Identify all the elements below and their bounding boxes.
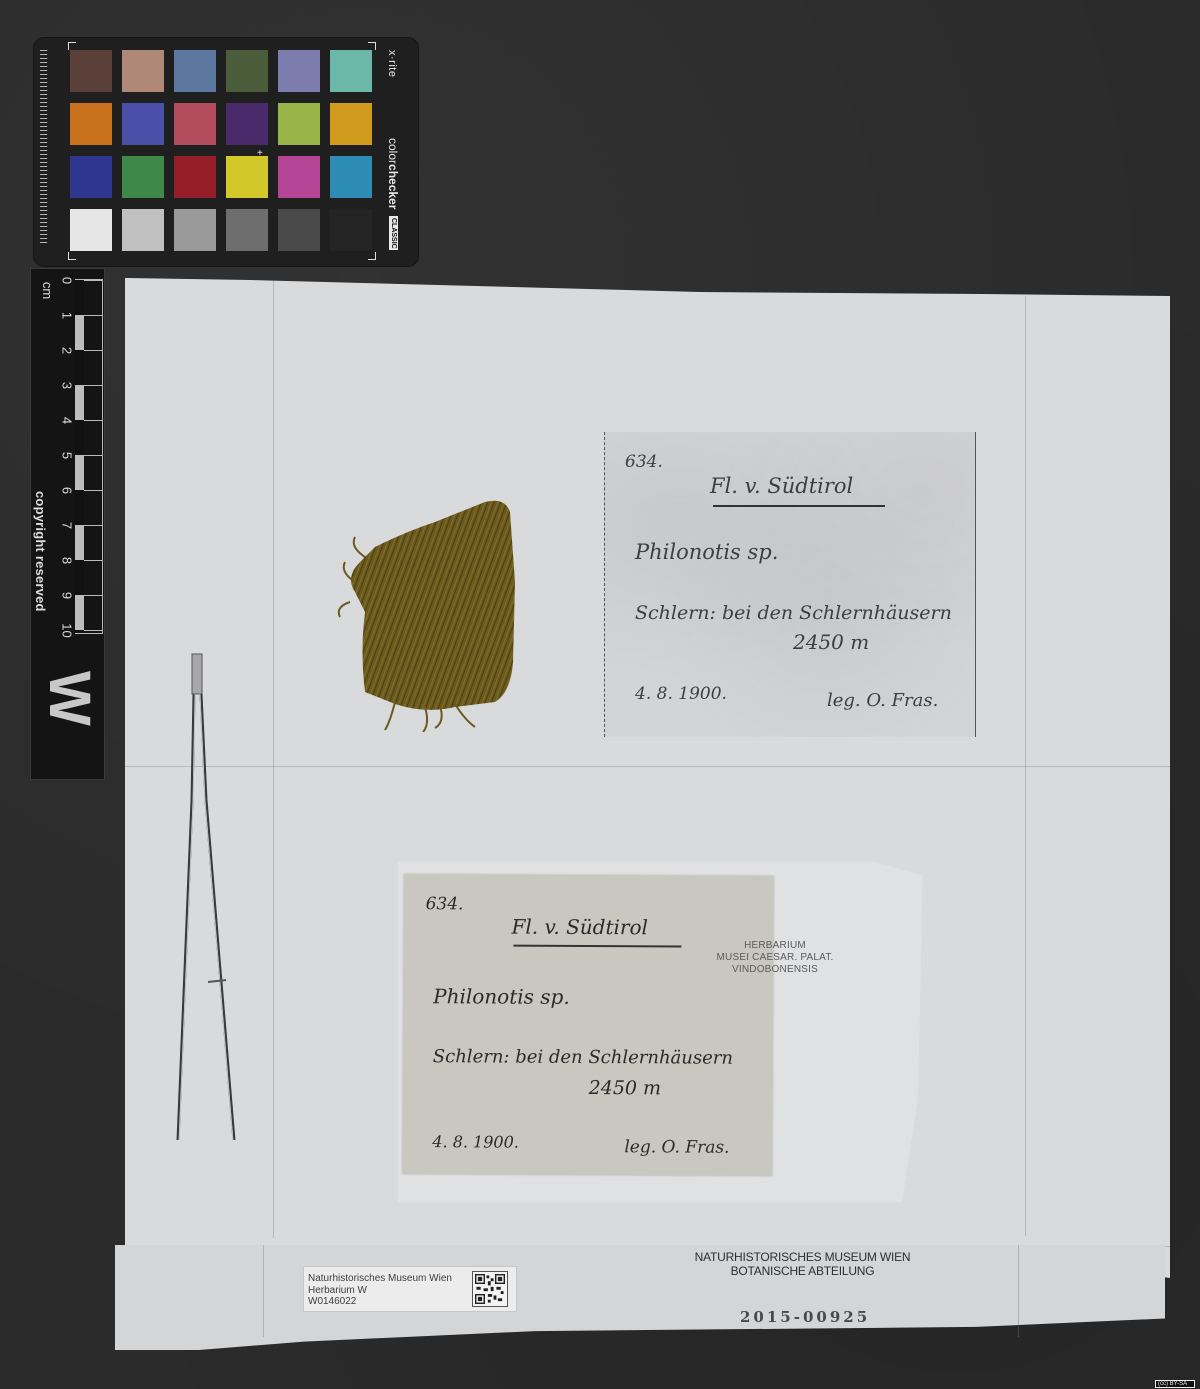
label-number: 634.	[426, 894, 464, 914]
color-patch	[226, 156, 268, 198]
copyright-notice: copyright reserved	[33, 491, 48, 612]
color-patch	[174, 50, 216, 92]
color-checker-card: + x·rite colorchecker CLASSIC	[34, 38, 418, 266]
color-patch	[174, 156, 216, 198]
barcode-label: Naturhistorisches Museum Wien Herbarium …	[303, 1266, 517, 1312]
color-patch	[174, 103, 216, 145]
underline	[713, 505, 885, 507]
scale-tick	[84, 420, 102, 421]
scale-number: 3	[60, 378, 75, 394]
scale-tick	[84, 560, 102, 561]
label-collector: leg. O. Fras.	[624, 1137, 729, 1158]
scale-number: 10	[60, 623, 75, 639]
catalog-number: W0146022	[308, 1296, 452, 1308]
scale-number: 7	[60, 518, 75, 534]
printed-label: 634. Fl. v. Südtirol Philonotis sp. Schl…	[604, 432, 976, 737]
scale-segment	[75, 525, 84, 560]
scale-number: 4	[60, 413, 75, 429]
underline	[513, 945, 681, 947]
museum-stamp: NATURHISTORISCHES MUSEUM WIEN BOTANISCHE…	[660, 1250, 945, 1278]
herbarium-stamp: HERBARIUM MUSEI CAESAR. PALAT. VINDOBONE…	[712, 940, 838, 976]
scale-number: 8	[60, 553, 75, 569]
color-patch	[122, 50, 164, 92]
scale-tick	[84, 455, 102, 456]
institution-name: Naturhistorisches Museum Wien	[308, 1273, 452, 1285]
scale-tick	[84, 490, 102, 491]
scale-number: 1	[60, 308, 75, 324]
color-patch	[122, 103, 164, 145]
qr-code-icon[interactable]	[472, 1271, 508, 1307]
color-patch	[226, 209, 268, 251]
corner-mark	[368, 42, 376, 50]
corner-mark	[68, 42, 76, 50]
moss-specimen	[335, 492, 525, 732]
color-patch	[278, 103, 320, 145]
tweezers-icon	[170, 650, 245, 1150]
color-patch	[122, 209, 164, 251]
color-checker-ruler	[40, 50, 52, 245]
color-patch	[278, 156, 320, 198]
scale-number: 2	[60, 343, 75, 359]
stamp-line: VINDOBONENSIS	[712, 964, 838, 976]
scale-tick	[84, 350, 102, 351]
corner-mark	[368, 252, 376, 260]
scale-tick	[84, 630, 102, 631]
color-patch-grid	[70, 50, 372, 251]
color-patch	[70, 156, 112, 198]
scale-track	[75, 279, 103, 634]
label-locality: Schlern: bei den Schlernhäusern	[635, 602, 952, 624]
color-patch	[226, 50, 268, 92]
original-label: 634. Fl. v. Südtirol Philonotis sp. Schl…	[402, 874, 774, 1176]
color-patch	[330, 103, 372, 145]
color-patch	[330, 50, 372, 92]
color-patch	[330, 209, 372, 251]
scale-segment	[75, 280, 84, 315]
label-date: 4. 8. 1900.	[635, 684, 727, 704]
scale-segment	[75, 315, 84, 350]
barcode-text: Naturhistorisches Museum Wien Herbarium …	[308, 1273, 452, 1308]
color-patch	[278, 50, 320, 92]
scale-tick	[84, 280, 102, 281]
herbarium-mark: W	[39, 671, 99, 726]
accession-number: 2015-00925	[740, 1308, 885, 1326]
label-taxon: Philonotis sp.	[433, 984, 570, 1009]
product-prefix: color	[386, 138, 400, 164]
scale-segment	[75, 385, 84, 420]
product-name: colorchecker CLASSIC	[386, 138, 400, 250]
brand-name: x·rite	[386, 50, 398, 77]
color-patch	[122, 156, 164, 198]
label-date: 4. 8. 1900.	[432, 1132, 519, 1151]
label-collector: leg. O. Fras.	[827, 690, 938, 711]
scale-segment	[75, 490, 84, 525]
product-bold: checker	[386, 164, 400, 209]
label-flora: Fl. v. Südtirol	[710, 474, 853, 498]
scale-segment	[75, 455, 84, 490]
scale-number: 0	[60, 273, 75, 289]
fold-line	[263, 1245, 264, 1337]
label-flora: Fl. v. Südtirol	[511, 915, 648, 940]
fold-line	[1018, 1245, 1019, 1337]
corner-mark	[68, 252, 76, 260]
license-badge: (cc) BY-SA	[1155, 1380, 1195, 1388]
scale-number: 9	[60, 588, 75, 604]
scale-number: 6	[60, 483, 75, 499]
scale-segment	[75, 350, 84, 385]
color-checker-branding: x·rite colorchecker CLASSIC	[386, 50, 408, 255]
scale-segment	[75, 420, 84, 455]
label-elevation: 2450 m	[589, 1077, 662, 1099]
fold-line	[273, 278, 274, 1238]
fold-line	[125, 766, 1170, 767]
color-patch	[330, 156, 372, 198]
scale-segment	[75, 560, 84, 595]
label-elevation: 2450 m	[793, 630, 869, 654]
color-patch	[70, 50, 112, 92]
stamp-line: MUSEI CAESAR. PALAT.	[712, 952, 838, 964]
label-taxon: Philonotis sp.	[635, 540, 778, 564]
scale-tick	[84, 525, 102, 526]
scale-tick	[84, 315, 102, 316]
scale-unit: cm	[40, 282, 55, 299]
label-locality: Schlern: bei den Schlernhäusern	[433, 1046, 733, 1069]
scale-tick	[84, 595, 102, 596]
scale-number: 5	[60, 448, 75, 464]
color-patch	[70, 103, 112, 145]
stamp-line: HERBARIUM	[712, 940, 838, 952]
scale-tick	[84, 385, 102, 386]
label-number: 634.	[625, 452, 663, 472]
color-patch	[226, 103, 268, 145]
color-patch	[278, 209, 320, 251]
scale-segment	[75, 595, 84, 630]
edition-badge: CLASSIC	[389, 216, 398, 251]
herbarium-name: Herbarium W	[308, 1285, 452, 1297]
department-name: BOTANISCHE ABTEILUNG	[660, 1264, 945, 1278]
color-patch	[174, 209, 216, 251]
scale-bar: cm 012345678910 copyright reserved W	[30, 268, 105, 780]
color-patch	[70, 209, 112, 251]
museum-name: NATURHISTORISCHES MUSEUM WIEN	[660, 1250, 945, 1264]
crosshair-icon: +	[257, 149, 263, 159]
